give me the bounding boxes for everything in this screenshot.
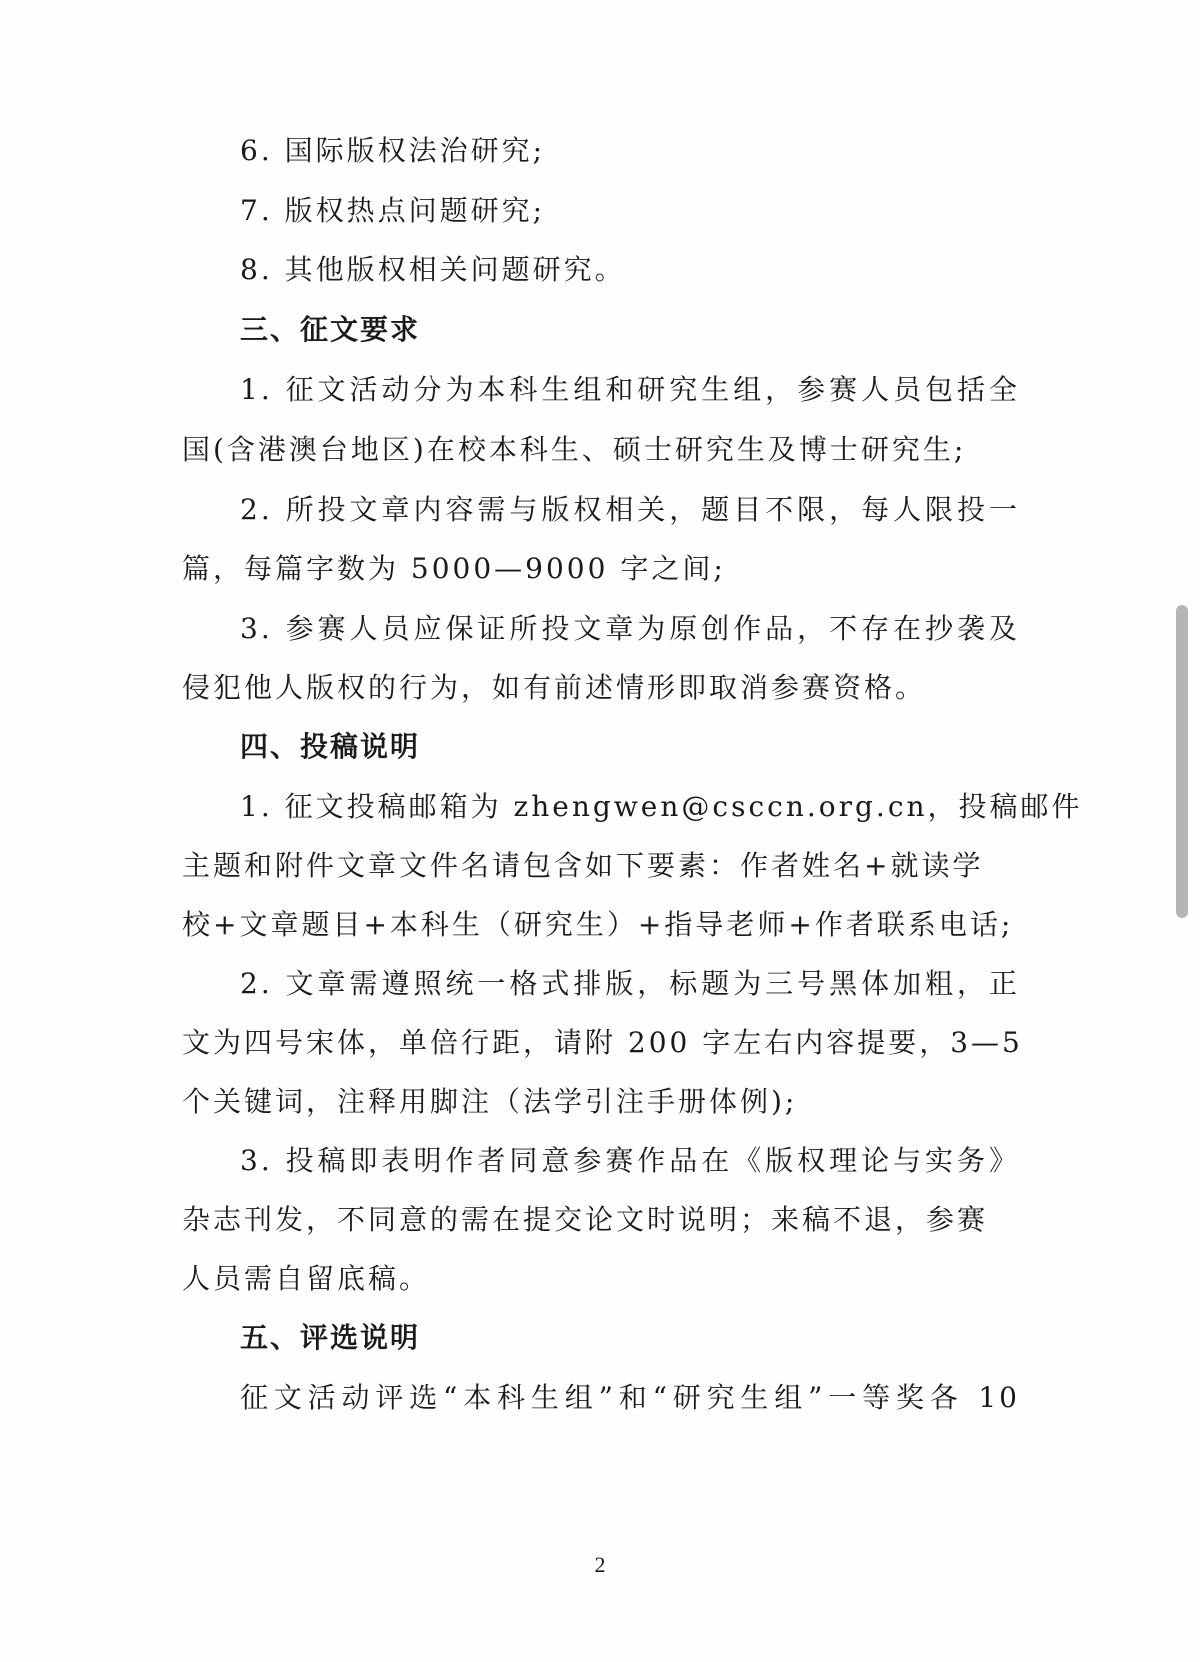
evaluation-line-1: 征文活动评选“本科生组”和“研究生组”一等奖各 10 [240,1378,1020,1418]
requirement-3-line-2: 侵犯他人版权的行为，如有前述情形即取消参赛资格。 [182,668,1022,708]
section-heading-requirements: 三、征文要求 [240,310,1020,350]
submission-1-line-3: 校+文章题目+本科生（研究生）+指导老师+作者联系电话; [182,905,962,945]
list-item-8: 8. 其他版权相关问题研究。 [240,250,1020,290]
requirement-1-line-1: 1. 征文活动分为本科生组和研究生组，参赛人员包括全 [240,370,1020,410]
requirement-3-line-1: 3. 参赛人员应保证所投文章为原创作品，不存在抄袭及 [240,609,1020,649]
submission-2-line-1: 2. 文章需遵照统一格式排版，标题为三号黑体加粗，正 [240,964,1020,1004]
section-heading-submission: 四、投稿说明 [240,727,1020,767]
list-item-7: 7. 版权热点问题研究; [240,191,1020,231]
document-page: 6. 国际版权法治研究; 7. 版权热点问题研究; 8. 其他版权相关问题研究。… [0,0,1200,1662]
submission-2-line-3: 个关键词，注释用脚注（法学引注手册体例); [182,1082,1022,1122]
page-number: 2 [0,1552,1200,1578]
submission-3-line-2: 杂志刊发，不同意的需在提交论文时说明；来稿不退，参赛 [182,1200,962,1240]
submission-3-line-1: 3. 投稿即表明作者同意参赛作品在《版权理论与实务》 [240,1141,1020,1181]
scrollbar-thumb[interactable] [1176,605,1188,918]
requirement-2-line-1: 2. 所投文章内容需与版权相关，题目不限，每人限投一 [240,490,1020,530]
submission-1-line-1: 1. 征文投稿邮箱为 zhengwen@csccn.org.cn，投稿邮件 [240,787,1020,827]
submission-3-line-3: 人员需自留底稿。 [182,1259,1022,1299]
requirement-2-line-2: 篇，每篇字数为 5000—9000 字之间; [182,549,1022,589]
submission-2-line-2: 文为四号宋体，单倍行距，请附 200 字左右内容提要，3—5 [182,1023,962,1063]
section-heading-evaluation: 五、评选说明 [240,1318,1020,1358]
submission-1-line-2: 主题和附件文章文件名请包含如下要素：作者姓名+就读学 [182,846,962,886]
requirement-1-line-2: 国(含港澳台地区)在校本科生、硕士研究生及博士研究生; [182,430,962,470]
list-item-6: 6. 国际版权法治研究; [240,131,1020,171]
